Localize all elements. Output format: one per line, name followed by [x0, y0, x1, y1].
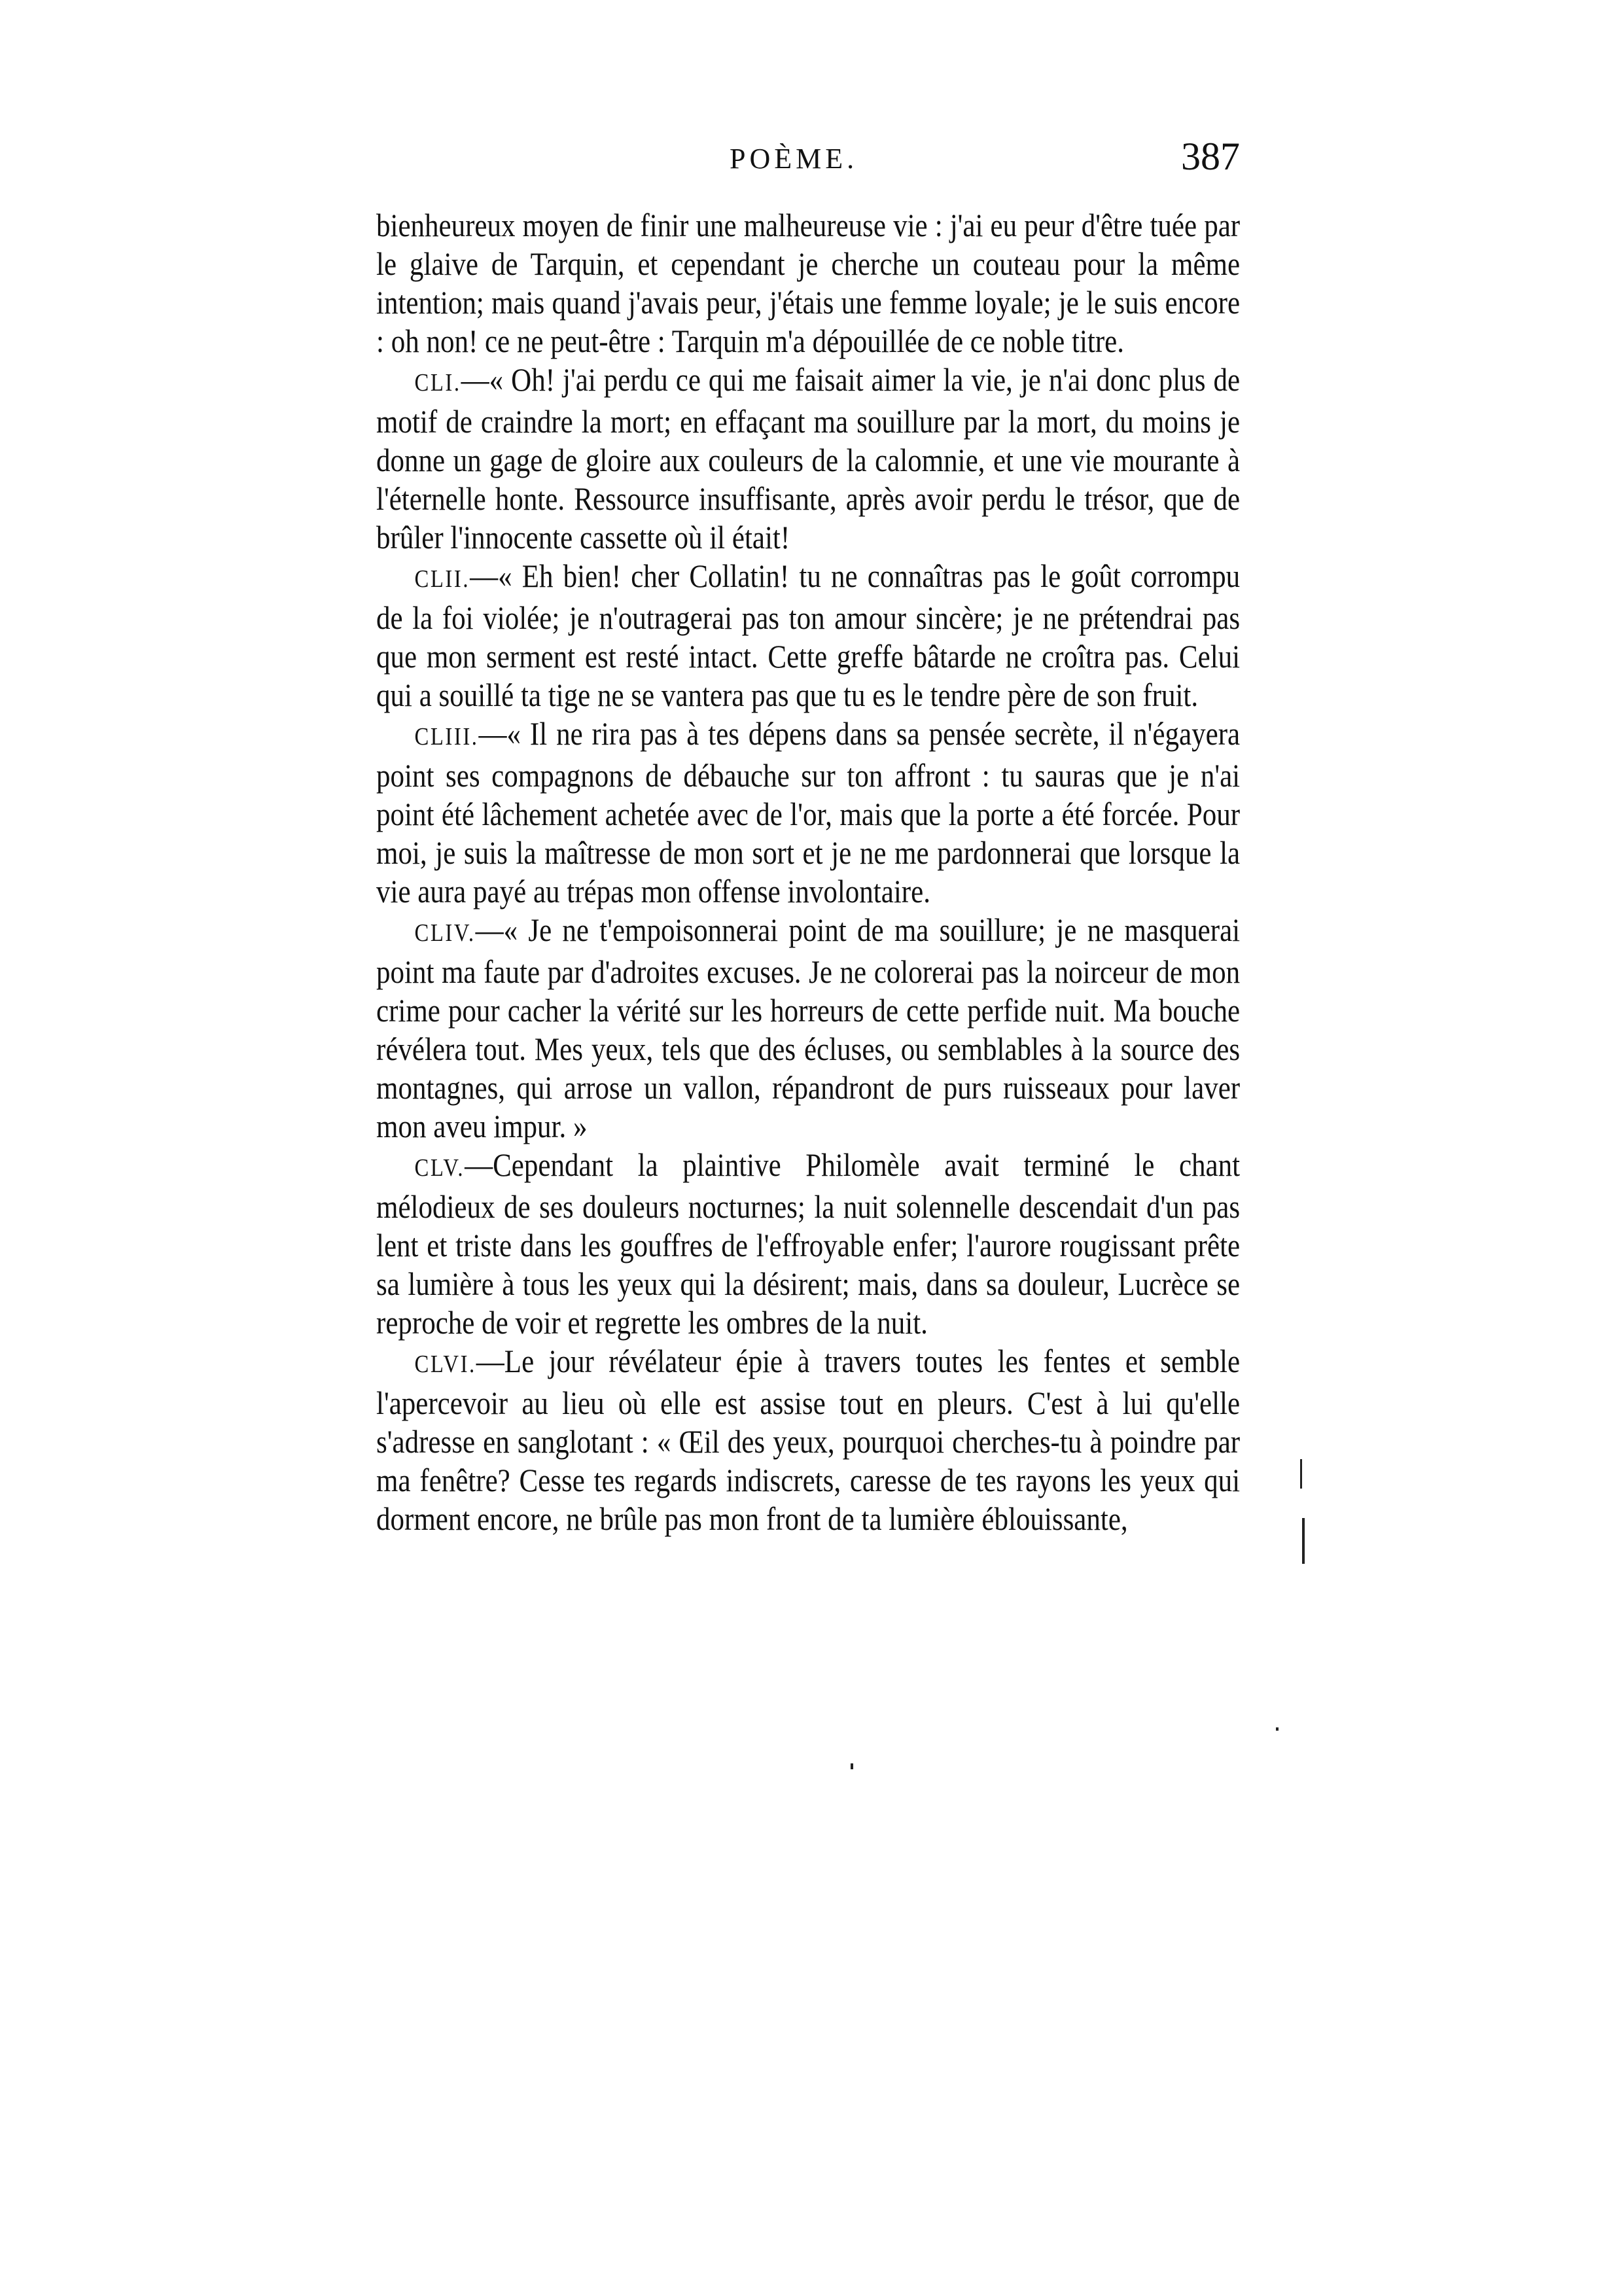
book-page: POÈME. 387 bienheureux moyen de finir un…: [376, 134, 1240, 1538]
paragraph-text: Le jour révélateur épie à travers toutes…: [376, 1343, 1240, 1537]
scan-speck: [1276, 1727, 1279, 1731]
scan-speck: [851, 1763, 853, 1769]
stanza-dash: —«: [479, 715, 530, 752]
page-number: 387: [1181, 134, 1240, 179]
stanza-cliii: CLIII.—« Il ne rira pas à tes dépens dan…: [376, 715, 1240, 911]
stanza-clvi: CLVI.—Le jour révélateur épie à travers …: [376, 1342, 1240, 1538]
stanza-clii: CLII.—« Eh bien! cher Collatin! tu ne co…: [376, 557, 1240, 715]
paragraph-text: bienheureux moyen de finir une malheureu…: [376, 207, 1240, 359]
body-text: bienheureux moyen de finir une malheureu…: [376, 206, 1240, 1538]
paragraph-continuation: bienheureux moyen de finir une malheureu…: [376, 206, 1240, 361]
stanza-cli: CLI.—« Oh! j'ai perdu ce qui me faisait …: [376, 361, 1240, 557]
stanza-number: CLI.: [414, 369, 461, 397]
stanza-number: CLV.: [414, 1154, 465, 1182]
paragraph-text: Cependant la plaintive Philomèle avait t…: [376, 1146, 1240, 1341]
stanza-number: CLII.: [414, 565, 470, 593]
running-head: POÈME. 387: [376, 134, 1240, 186]
margin-mark: [1300, 1459, 1302, 1489]
margin-mark: [1302, 1518, 1305, 1564]
stanza-dash: —«: [470, 557, 522, 594]
stanza-dash: —«: [476, 911, 529, 948]
stanza-dash: —: [476, 1343, 504, 1379]
stanza-cliv: CLIV.—« Je ne t'empoisonnerai point de m…: [376, 911, 1240, 1146]
stanza-dash: —: [465, 1146, 493, 1183]
stanza-number: CLIII.: [414, 723, 478, 751]
stanza-number: CLIV.: [414, 919, 475, 947]
stanza-dash: —«: [461, 361, 512, 398]
stanza-number: CLVI.: [414, 1351, 476, 1378]
running-title: POÈME.: [730, 142, 858, 175]
stanza-clv: CLV.—Cependant la plaintive Philomèle av…: [376, 1146, 1240, 1342]
